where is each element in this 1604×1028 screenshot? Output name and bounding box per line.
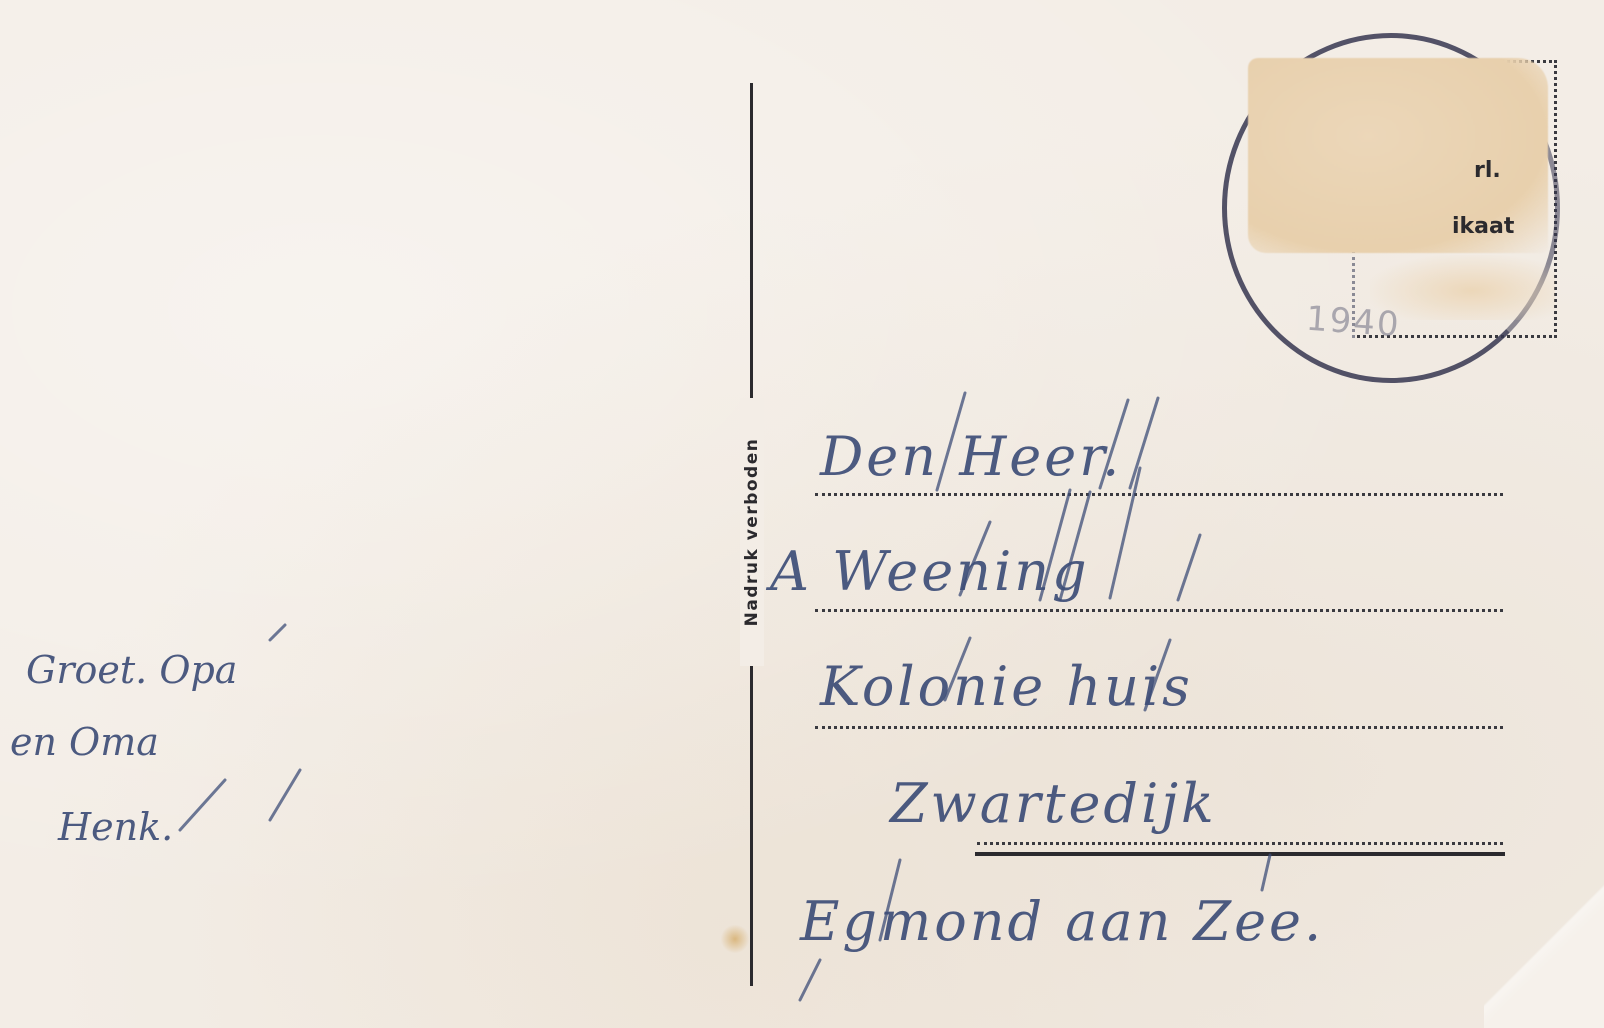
postcard-back: Nadruk verboden rl. ikaat 1940 Groet. Op… bbox=[0, 0, 1604, 1028]
handwriting-flourishes bbox=[0, 0, 1604, 1028]
